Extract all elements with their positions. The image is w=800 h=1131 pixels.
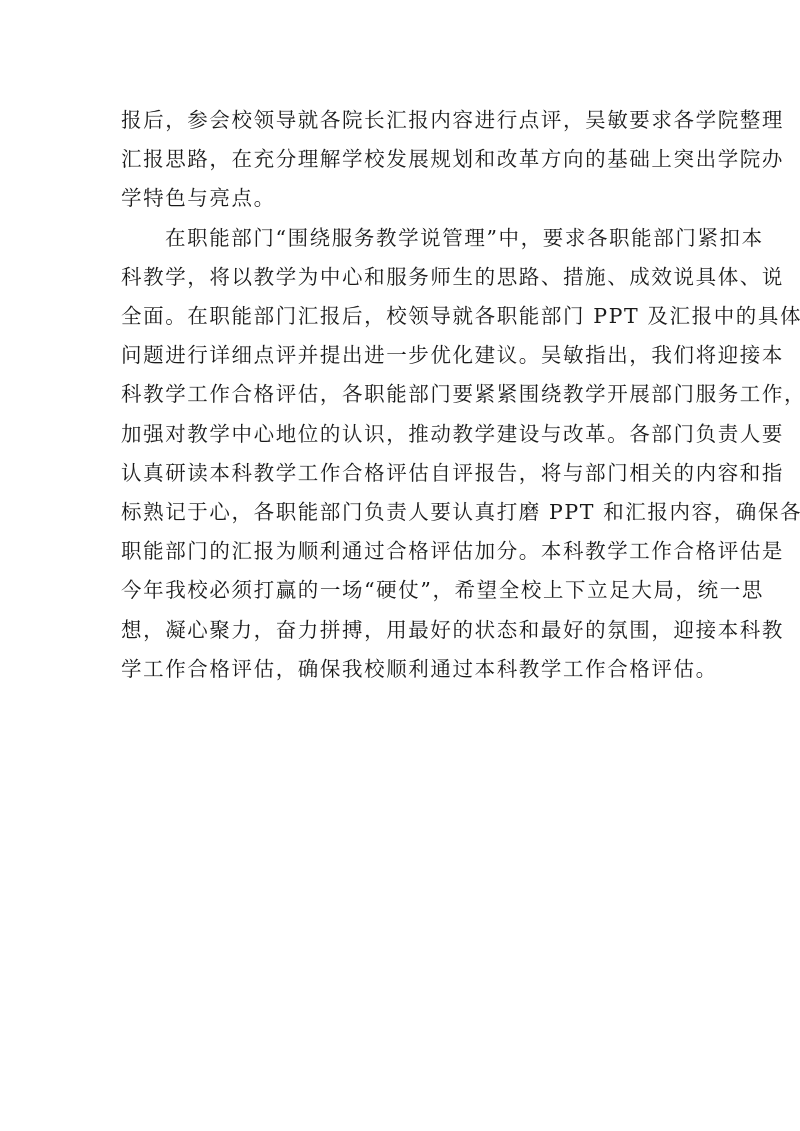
text-line: 想，凝心聚力，奋力拼搏，用最好的状态和最好的氛围，迎接本科教 bbox=[121, 611, 681, 650]
paragraph-1: 报后，参会校领导就各院长汇报内容进行点评，吴敏要求各学院整理 汇报思路，在充分理… bbox=[121, 101, 681, 219]
text-line: 汇报思路，在充分理解学校发展规划和改革方向的基础上突出学院办 bbox=[121, 140, 681, 179]
text-line: 在职能部门“围绕服务教学说管理”中，要求各职能部门紧扣本 bbox=[121, 219, 681, 258]
text-line: 报后，参会校领导就各院长汇报内容进行点评，吴敏要求各学院整理 bbox=[121, 101, 681, 140]
document-body: 报后，参会校领导就各院长汇报内容进行点评，吴敏要求各学院整理 汇报思路，在充分理… bbox=[121, 101, 681, 689]
text-line: 标熟记于心，各职能部门负责人要认真打磨 PPT 和汇报内容，确保各 bbox=[121, 493, 681, 532]
text-line: 今年我校必须打赢的一场“硬仗”，希望全校上下立足大局，统一思 bbox=[121, 571, 681, 610]
text-line: 职能部门的汇报为顺利通过合格评估加分。本科教学工作合格评估是 bbox=[121, 532, 681, 571]
text-line: 科教学，将以教学为中心和服务师生的思路、措施、成效说具体、说 bbox=[121, 258, 681, 297]
text-line: 学工作合格评估，确保我校顺利通过本科教学工作合格评估。 bbox=[121, 650, 681, 689]
text-line: 全面。在职能部门汇报后，校领导就各职能部门 PPT 及汇报中的具体 bbox=[121, 297, 681, 336]
text-line: 科教学工作合格评估，各职能部门要紧紧围绕教学开展部门服务工作， bbox=[121, 375, 681, 414]
text-line: 加强对教学中心地位的认识，推动教学建设与改革。各部门负责人要 bbox=[121, 415, 681, 454]
paragraph-2: 在职能部门“围绕服务教学说管理”中，要求各职能部门紧扣本 科教学，将以教学为中心… bbox=[121, 219, 681, 689]
text-line: 认真研读本科教学工作合格评估自评报告，将与部门相关的内容和指 bbox=[121, 454, 681, 493]
text-line: 问题进行详细点评并提出进一步优化建议。吴敏指出，我们将迎接本 bbox=[121, 336, 681, 375]
text-line: 学特色与亮点。 bbox=[121, 179, 681, 218]
document-page: 报后，参会校领导就各院长汇报内容进行点评，吴敏要求各学院整理 汇报思路，在充分理… bbox=[0, 0, 800, 1131]
